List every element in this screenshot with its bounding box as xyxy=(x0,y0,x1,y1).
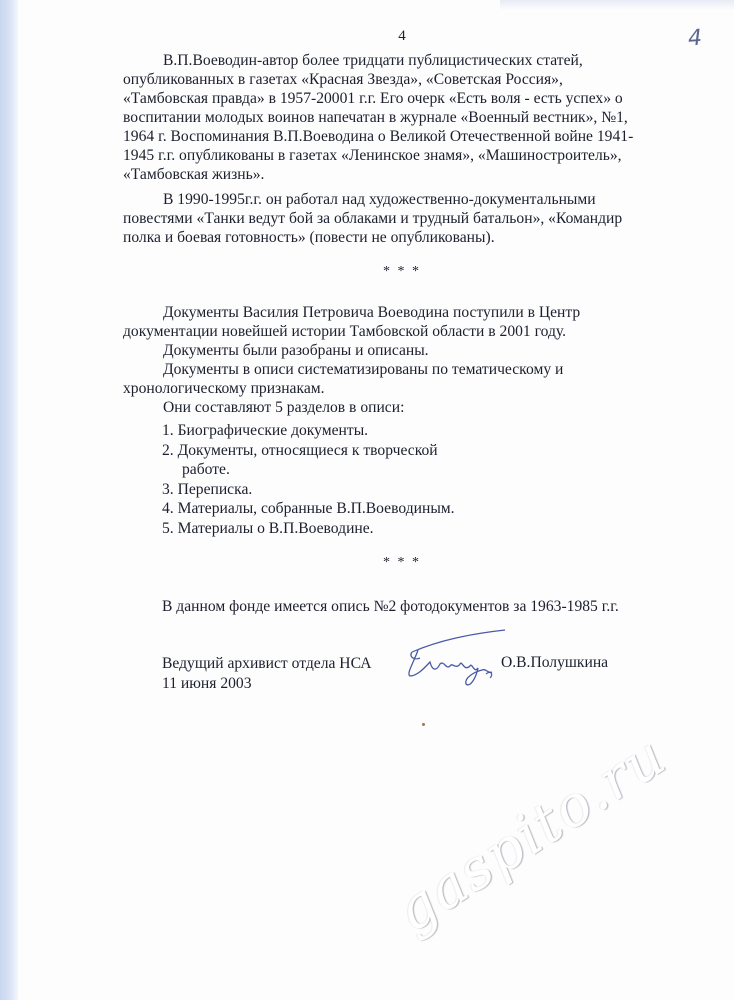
text-line: «Тамбовская правда» в 1957-20001 г.г. Ег… xyxy=(123,89,713,108)
text-line: воспитании молодых воинов напечатан в жу… xyxy=(123,108,713,127)
signatory-block: Ведущий архивист отдела НСА 11 июня 2003 xyxy=(162,654,371,694)
scan-edge-shadow xyxy=(0,0,18,1000)
section-separator: * * * xyxy=(0,264,734,280)
list-item: 3. Переписка. xyxy=(162,480,455,500)
text-line: Документы Василия Петровича Воеводина по… xyxy=(123,303,713,322)
list-item-continuation: работе. xyxy=(162,460,455,480)
list-item: 2. Документы, относящиеся к творческой xyxy=(162,441,455,461)
paragraph-archive-intake: Документы Василия Петровича Воеводина по… xyxy=(123,303,713,417)
scan-top-shade xyxy=(500,0,734,10)
section-separator: * * * xyxy=(0,555,734,571)
paragraph-novels: В 1990-1995г.г. он работал над художеств… xyxy=(123,190,713,247)
handwritten-page-number: 4 xyxy=(687,26,703,52)
sections-list: 1. Биографические документы. 2. Документ… xyxy=(162,421,455,538)
text-line: Документы были разобраны и описаны. xyxy=(123,341,713,360)
text-line: полка и боевая готовность» (повести не о… xyxy=(123,228,713,247)
text-line: В.П.Воеводин-автор более тридцати публиц… xyxy=(123,51,713,70)
text-line: 1964 г. Воспоминания В.П.Воеводина о Вел… xyxy=(123,127,713,146)
paragraph-publications: В.П.Воеводин-автор более тридцати публиц… xyxy=(123,51,713,184)
text-line: «Тамбовская жизнь». xyxy=(123,165,713,184)
photo-inventory-note: В данном фонде имеется опись №2 фотодоку… xyxy=(162,597,734,616)
list-item: 1. Биографические документы. xyxy=(162,421,455,441)
watermark: gaspito.ru xyxy=(385,723,678,945)
text-line: опубликованных в газетах «Красная Звезда… xyxy=(123,70,713,89)
page-number: 4 xyxy=(0,28,734,45)
signature-date: 11 июня 2003 xyxy=(162,674,371,694)
text-line: повестями «Танки ведут бой за облаками и… xyxy=(123,209,713,228)
text-line: Они составляют 5 разделов в описи: xyxy=(123,398,713,417)
text-line: хронологическому признакам. xyxy=(123,379,713,398)
list-item: 4. Материалы, собранные В.П.Воеводиным. xyxy=(162,499,455,519)
list-item: 5. Материалы о В.П.Воеводине. xyxy=(162,519,455,539)
handwritten-signature-icon xyxy=(400,622,510,692)
scan-speck xyxy=(422,723,425,726)
signatory-position: Ведущий архивист отдела НСА xyxy=(162,654,371,674)
text-line: 1945 г.г. опубликованы в газетах «Ленинс… xyxy=(123,146,713,165)
text-line: В 1990-1995г.г. он работал над художеств… xyxy=(123,190,713,209)
text-line: Документы в описи систематизированы по т… xyxy=(123,360,713,379)
signatory-name: О.В.Полушкина xyxy=(501,654,608,672)
text-line: документации новейшей истории Тамбовской… xyxy=(123,322,713,341)
